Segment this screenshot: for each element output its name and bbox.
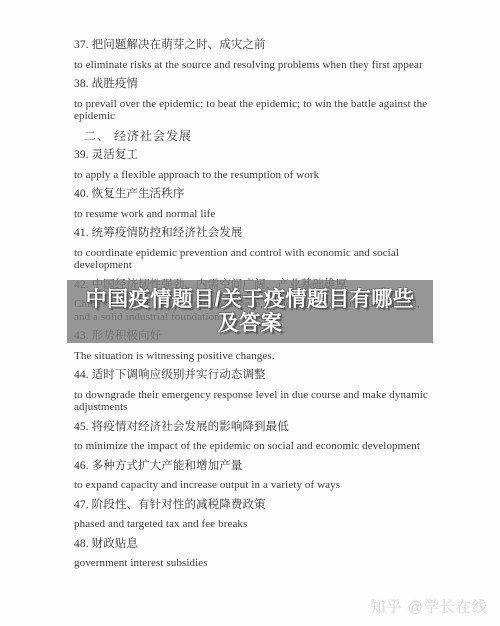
section-heading: 二、 经济社会发展 xyxy=(74,130,432,143)
term-line: 39. 灵活复工 xyxy=(74,149,432,162)
term-line: 37. 把问题解决在萌芽之时、成灾之前 xyxy=(74,39,432,52)
title-overlay-band: 中国疫情题目/关于疫情题目有哪些 及答案 xyxy=(67,280,433,343)
overlay-title-line2: 及答案 xyxy=(218,312,283,336)
translation-line: to expand capacity and increase output i… xyxy=(74,479,432,492)
translation-line: to apply a flexible approach to the resu… xyxy=(74,169,432,182)
translation-line: to eliminate risks at the source and res… xyxy=(74,59,432,72)
term-line: 45. 将疫情对经济社会发展的影响降到最低 xyxy=(74,421,432,434)
term-line: 44. 适时下调响应级别并实行动态调整 xyxy=(74,369,432,382)
term-line: 47. 阶段性、有针对性的减税降费政策 xyxy=(74,499,432,512)
term-line: 46. 多种方式扩大产能和增加产量 xyxy=(74,460,432,473)
term-line: 38. 战胜疫情 xyxy=(74,78,432,91)
translation-line: to downgrade their emergency response le… xyxy=(74,389,432,414)
translation-line: to prevail over the epidemic; to beat th… xyxy=(74,98,432,123)
translation-line: The situation is witnessing positive cha… xyxy=(74,350,432,363)
term-line: 41. 统筹疫情防控和经济社会发展 xyxy=(74,227,432,240)
zhihu-watermark: 知乎 @学长在线 xyxy=(371,596,488,617)
translation-line: phased and targeted tax and fee breaks xyxy=(74,518,432,531)
translation-line: to coordinate epidemic prevention and co… xyxy=(74,247,432,272)
document-page: 37. 把问题解决在萌芽之时、成灾之前to eliminate risks at… xyxy=(0,0,500,626)
overlay-title-line1: 中国疫情题目/关于疫情题目有哪些 xyxy=(86,288,415,312)
translation-line: to minimize the impact of the epidemic o… xyxy=(74,440,432,453)
translation-line: government interest subsidies xyxy=(74,557,432,570)
translation-line: to resume work and normal life xyxy=(74,208,432,221)
term-line: 48. 财政贴息 xyxy=(74,538,432,551)
term-line: 40. 恢复生产生活秩序 xyxy=(74,188,432,201)
